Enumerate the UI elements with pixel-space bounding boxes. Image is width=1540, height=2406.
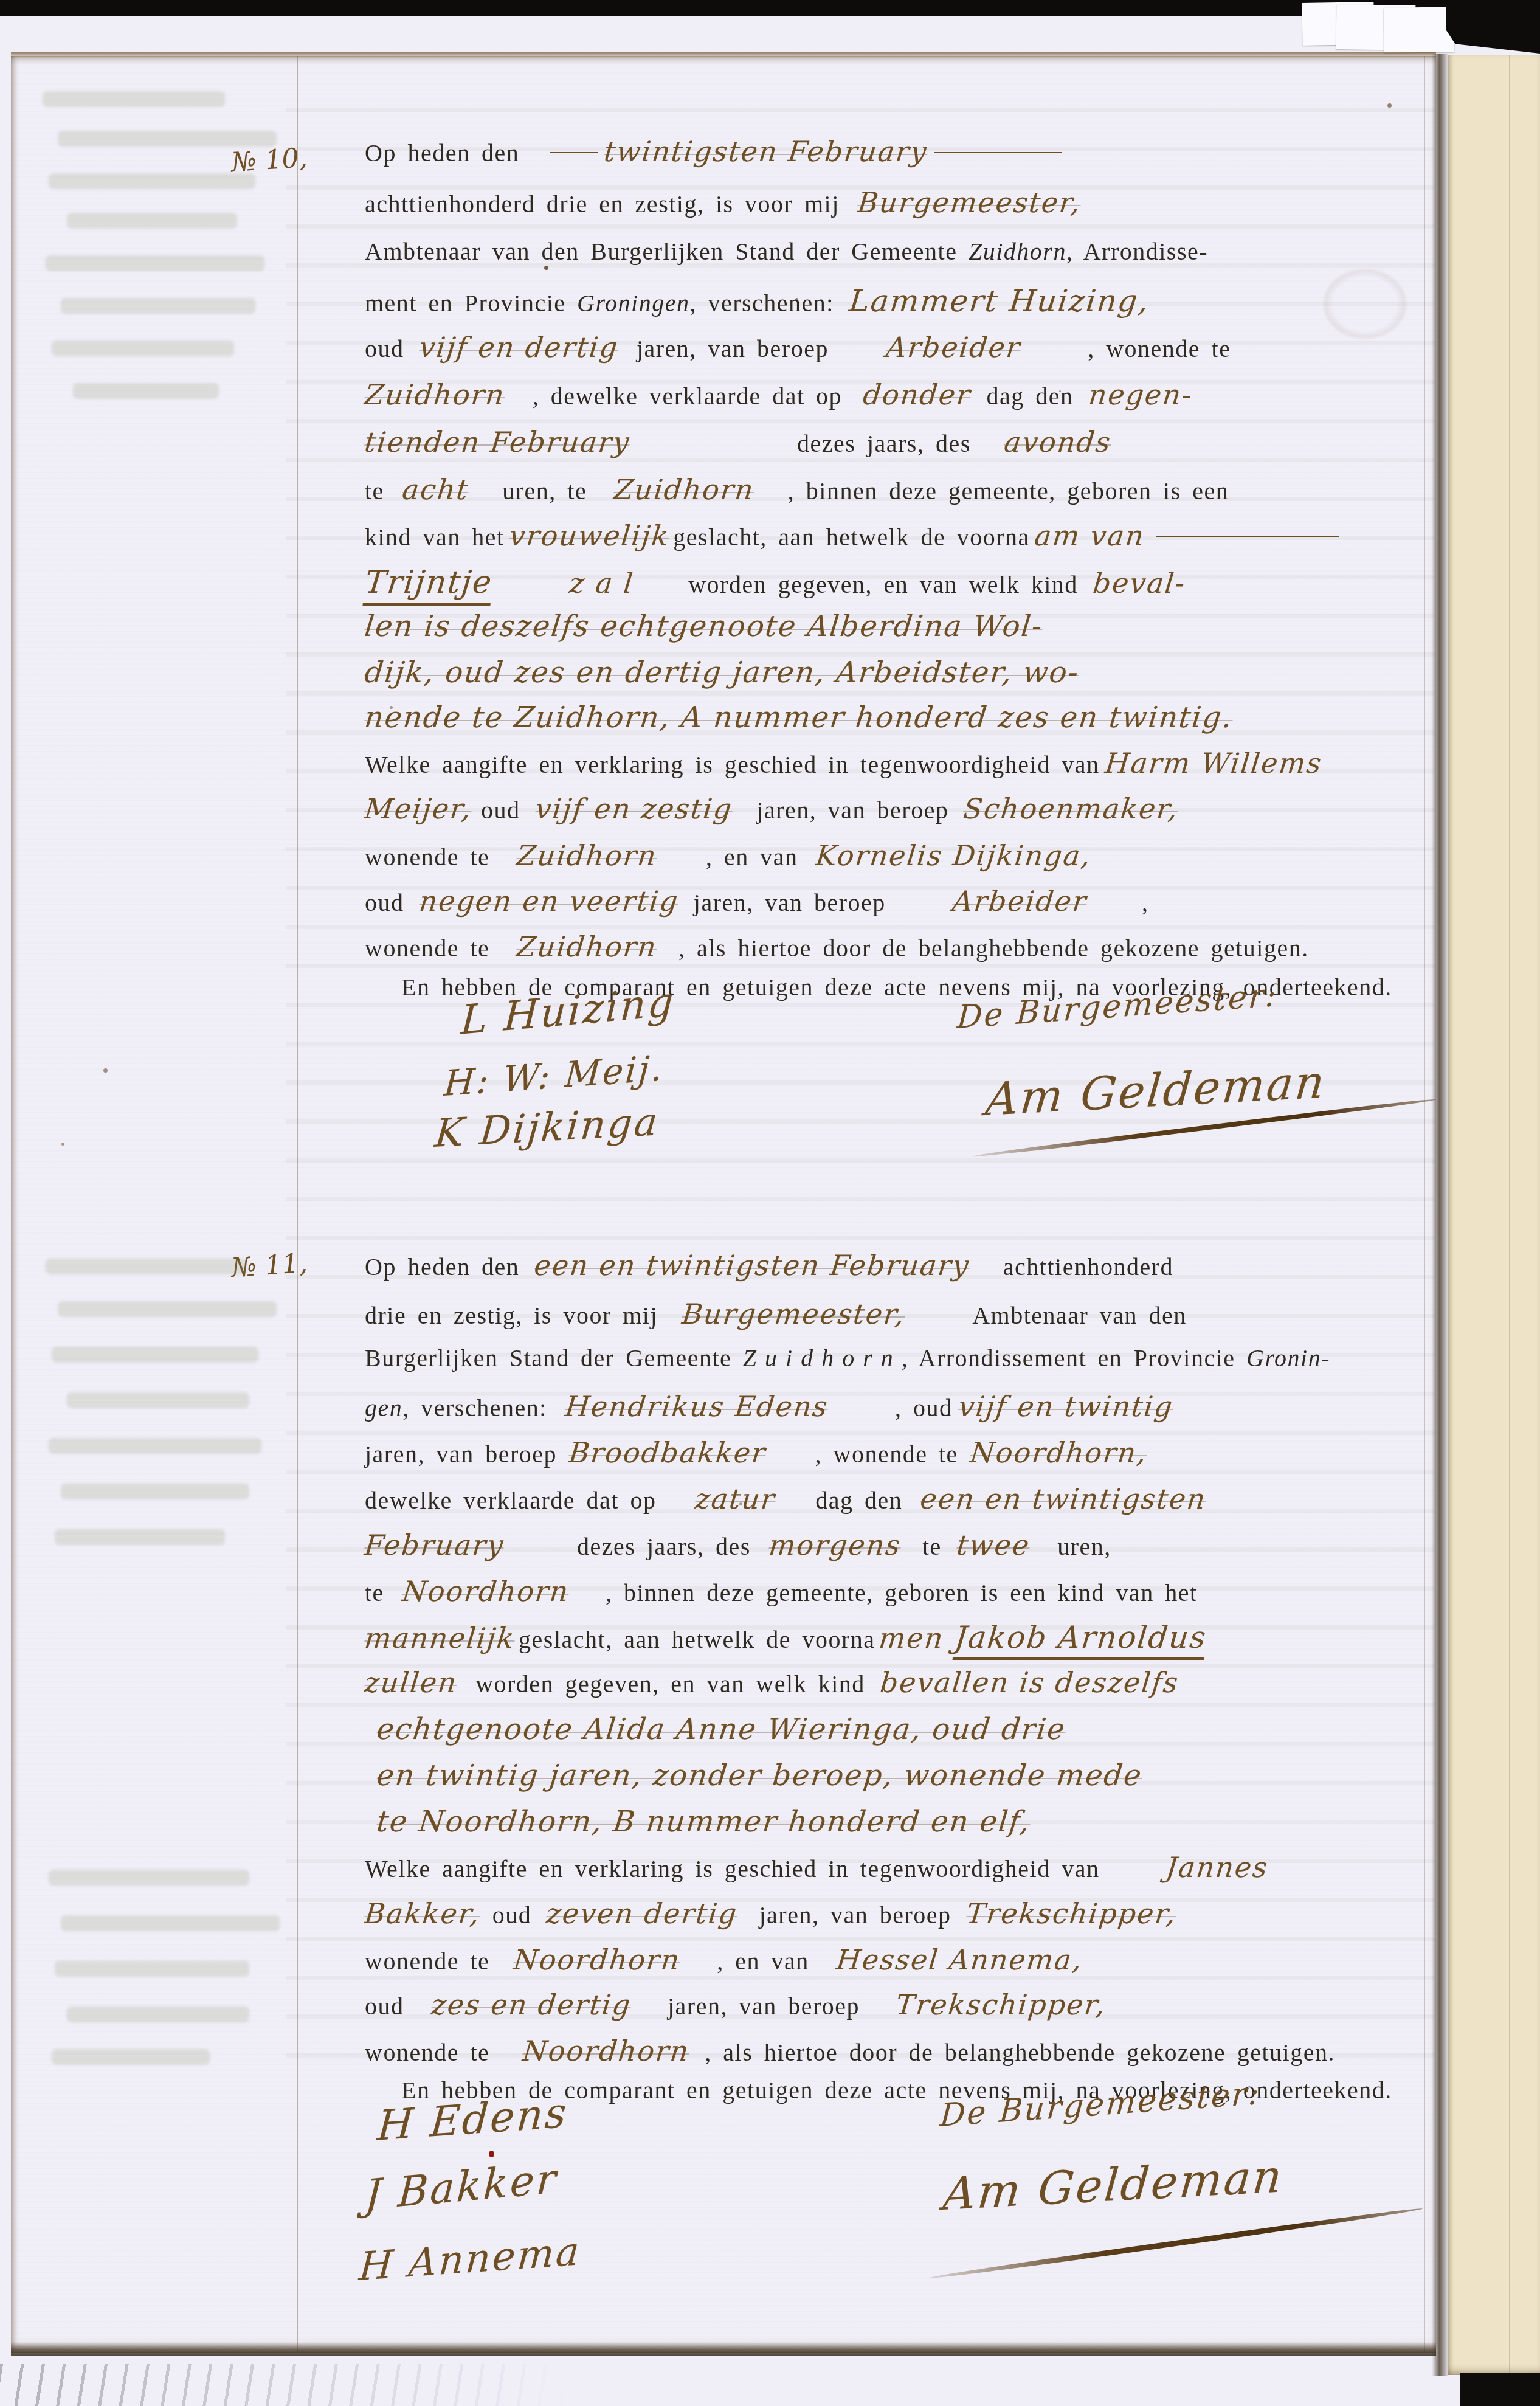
printed-text: wonende te	[365, 1948, 489, 1975]
handwritten-text: Burgemeester,	[680, 1298, 907, 1330]
printed-text: , als hiertoe door de belanghebbende gek…	[678, 935, 1309, 962]
handwritten-text: twee	[955, 1529, 1032, 1561]
printed-text: wonende te	[365, 2039, 489, 2066]
bleed-through-smudge	[67, 2007, 249, 2022]
handwritten-text: zeven dertig	[545, 1897, 739, 1930]
page-top-edge	[11, 52, 1436, 58]
page-fold-line	[1424, 56, 1425, 2353]
printed-text: Op heden den	[365, 1253, 519, 1281]
printed-text: oud	[492, 1901, 532, 1929]
bleed-through-smudge	[52, 341, 234, 356]
handwritten-text: te Noordhorn, B nummer honderd en elf,	[375, 1805, 1032, 1839]
printed-text: jaren, van beroep	[759, 1901, 951, 1929]
printed-text: te	[365, 477, 384, 505]
printed-text: Ambtenaar van den	[972, 1302, 1187, 1329]
acte-line: Welke aangifte en verklaring is geschied…	[365, 1851, 1268, 1884]
bleed-through-smudge	[58, 131, 277, 147]
printed-text: geslacht, aan hetwelk de voorna	[673, 524, 1030, 551]
handwritten-text: vijf en zestig	[534, 792, 734, 825]
bleed-through-smudge	[73, 383, 219, 399]
printed-text: Op heden den	[365, 139, 519, 167]
printed-text: uren, te	[502, 477, 587, 505]
red-ink-dot	[489, 2151, 494, 2157]
printed-text: wonende te	[365, 935, 489, 962]
acte-line: Trijntjez a lworden gegeven, en van welk…	[365, 564, 1186, 606]
handwritten-text: Zuidhorn	[515, 930, 658, 963]
printed-text: dag den	[987, 382, 1074, 410]
bleed-through-smudge	[55, 1529, 225, 1545]
bleed-through-smudge	[52, 2049, 210, 2065]
printed-text: dewelke verklaarde dat op	[365, 1487, 656, 1514]
printed-text: , oud	[895, 1394, 953, 1422]
acte-line: jaren, van beroepBroodbakker, wonende te…	[365, 1436, 1147, 1469]
handwritten-text: Burgemeester,	[856, 186, 1083, 219]
handwritten-text: Zuidhorn	[363, 378, 506, 411]
handwritten-text: twintigsten February	[603, 135, 929, 168]
margin-column-rule	[297, 56, 298, 2353]
handwritten-text: z a l	[568, 567, 635, 600]
printed-text: kind van het	[365, 524, 505, 551]
printed-text: ment en Provincie	[365, 289, 577, 317]
handwritten-text: acht	[401, 473, 471, 506]
printed-text: te	[365, 1579, 384, 1606]
printed-text: te	[922, 1533, 942, 1560]
acte-line: drie en zestig, is voor mijBurgemeester,…	[365, 1298, 1187, 1330]
bleed-through-smudge	[46, 255, 264, 271]
bleed-through-smudge	[67, 213, 237, 229]
printed-text: jaren, van beroep	[637, 335, 829, 362]
printed-text: , als hiertoe door de belanghebbende gek…	[705, 2039, 1335, 2066]
acte-line: dewelke verklaarde dat opzaturdag deneen…	[365, 1482, 1206, 1515]
book-gutter-shadow	[1432, 54, 1448, 2376]
printed-text: oud	[481, 797, 520, 824]
printed-text: worden gegeven, en van welk kind	[688, 571, 1078, 598]
handwritten-text: morgens	[767, 1529, 903, 1561]
bleed-through-smudge	[61, 298, 255, 314]
acte-line: gen, verschenen:Hendrikus Edens, oudvijf…	[365, 1390, 1173, 1423]
printed-text: jaren, van beroep	[668, 1993, 860, 2020]
printed-text: , en van	[706, 843, 798, 871]
acte-line: wonende teZuidhorn, en vanKornelis Dijki…	[365, 839, 1091, 872]
handwritten-text: February	[363, 1529, 506, 1561]
printed-text: Zuidhorn	[969, 238, 1066, 265]
printed-text: , en van	[717, 1948, 809, 1975]
bleed-through-smudge	[61, 1484, 249, 1499]
acte-line: teachturen, teZuidhorn, binnen deze geme…	[365, 473, 1229, 506]
scanner-bottom-right-black	[1460, 2373, 1540, 2406]
printed-text: Welke aangifte en verklaring is geschied…	[365, 1855, 1099, 1882]
printed-text: Gronin-	[1246, 1344, 1330, 1372]
printed-text: drie en zestig, is voor mij	[365, 1302, 658, 1329]
acte-line: Op heden dentwintigsten February	[365, 135, 1062, 168]
printed-text: Ambtenaar van den Burgerlijken Stand der…	[365, 238, 969, 265]
blank-fill-dash	[934, 137, 1062, 161]
bleed-through-smudge	[67, 1392, 249, 1408]
handwritten-text: Jakob Arnoldus	[953, 1620, 1209, 1660]
printed-text: , verschenen:	[402, 1394, 547, 1422]
handwritten-text: zes en dertig	[430, 1988, 633, 2021]
embossed-seal-imprint	[1307, 255, 1423, 353]
handwritten-text: Trekschipper,	[965, 1897, 1178, 1930]
handwritten-text: beval-	[1091, 567, 1187, 600]
blank-fill-dash	[550, 137, 598, 161]
handwritten-text: Jannes	[1165, 1851, 1271, 1884]
handwritten-text: een en twintigsten	[919, 1482, 1208, 1515]
bleed-through-smudge	[49, 1438, 261, 1454]
printed-text: jaren, van beroep	[694, 889, 886, 916]
acte-line: tienden Februarydezes jaars, desavonds	[365, 426, 1111, 458]
printed-text: , binnen deze gemeente, geboren is een k…	[606, 1579, 1198, 1606]
handwritten-text: mannelijk	[363, 1622, 517, 1654]
acte-line: Ambtenaar van den Burgerlijken Stand der…	[365, 237, 1208, 266]
printed-text: Zuidhorn	[743, 1344, 902, 1372]
acte-line: wonende teZuidhorn, als hiertoe door de …	[365, 930, 1309, 963]
scanned-register-page: № 10,Op heden dentwintigsten Februaryach…	[0, 0, 1540, 2406]
blank-fill-dash	[1156, 521, 1339, 545]
bleed-through-smudge	[55, 1961, 249, 1977]
ink-specks	[544, 266, 548, 270]
bleed-through-smudge	[49, 173, 255, 189]
handwritten-text: Zuidhorn	[612, 473, 756, 506]
handwritten-text: donder	[862, 378, 973, 411]
page-bottom-edge	[11, 2342, 1436, 2356]
printed-text: wonende te	[365, 843, 489, 871]
handwritten-text: Arbeider	[951, 885, 1089, 918]
handwritten-text: zatur	[694, 1482, 778, 1515]
handwritten-text: Noordhorn,	[969, 1436, 1148, 1469]
printed-text: oud	[365, 335, 404, 362]
acte-line: achttienhonderd drie en zestig, is voor …	[365, 186, 1081, 219]
printed-text: dezes jaars, des	[577, 1533, 751, 1560]
acte-line: oudzes en dertigjaren, van beroepTreksch…	[365, 1988, 1106, 2021]
handwritten-text: echtgenoote Alida Anne Wieringa, oud dri…	[375, 1712, 1068, 1746]
printed-text: , Arrondissement en Provincie	[902, 1344, 1246, 1372]
handwritten-text: Bakker,	[363, 1897, 482, 1930]
acte-line: len is deszelfs echtgenoote Alberdina Wo…	[365, 609, 1043, 643]
bleed-through-smudge	[49, 1870, 249, 1886]
handwritten-text: nende te Zuidhorn, A nummer honderd zes …	[363, 700, 1235, 735]
handwritten-text: Noordhorn	[512, 1943, 682, 1976]
handwritten-text: vijf en dertig	[418, 331, 620, 364]
handwritten-text: avonds	[1003, 426, 1113, 458]
blank-fill-dash	[639, 427, 779, 452]
printed-text: , dewelke verklaarde dat op	[533, 382, 842, 410]
acte-line: Februarydezes jaars, desmorgenstetweeure…	[365, 1529, 1111, 1561]
printed-text: Burgerlijken Stand der Gemeente	[365, 1344, 743, 1372]
handwritten-text: dijk, oud zes en dertig jaren, Arbeidste…	[363, 655, 1081, 690]
handwritten-text: len is deszelfs echtgenoote Alberdina Wo…	[363, 609, 1045, 643]
acte-line: mannelijkgeslacht, aan hetwelk de voorna…	[365, 1620, 1206, 1660]
handwritten-text: Arbeider	[885, 331, 1023, 364]
handwritten-text: Meijer,	[363, 792, 474, 825]
paper-stack-corner	[1383, 7, 1454, 53]
handwritten-text: Noordhorn	[521, 2034, 691, 2067]
printed-text: , wonende te	[815, 1440, 958, 1468]
acte-line: dijk, oud zes en dertig jaren, Arbeidste…	[365, 655, 1079, 690]
handwritten-text: en twintig jaren, zonder beroep, wonende…	[375, 1758, 1144, 1792]
printed-text: achttienhonderd drie en zestig, is voor …	[365, 190, 840, 218]
handwritten-text: een en twintigsten February	[533, 1249, 971, 1282]
handwritten-text: Kornelis Dijkinga,	[815, 839, 1094, 872]
handwritten-text: am van	[1033, 519, 1146, 552]
handwritten-text: Hendrikus Edens	[564, 1390, 830, 1423]
acte-line: nende te Zuidhorn, A nummer honderd zes …	[365, 700, 1233, 735]
printed-text: ,	[1142, 889, 1149, 916]
bleed-through-smudge	[46, 1259, 246, 1274]
printed-text: dag den	[815, 1487, 902, 1514]
printed-text: oud	[365, 1993, 404, 2020]
handwritten-text: Trijntje	[362, 564, 494, 606]
bleed-through-smudge	[43, 91, 225, 107]
acte-line: Bakker,oudzeven dertigjaren, van beroepT…	[365, 1897, 1176, 1930]
handwritten-text: bevallen is deszelfs	[879, 1666, 1181, 1699]
printed-text: jaren, van beroep	[756, 797, 948, 824]
printed-text: geslacht, aan hetwelk de voorna	[519, 1626, 875, 1653]
acte-line: wonende teNoordhorn, als hiertoe door de…	[365, 2034, 1335, 2067]
handwritten-text: zullen	[363, 1666, 459, 1699]
bleed-through-smudge	[58, 1301, 277, 1317]
handwritten-text: Schoenmaker,	[962, 792, 1181, 825]
handwritten-text: tienden February	[363, 426, 632, 458]
acte-line: kind van hetvrouwelijkgeslacht, aan hetw…	[365, 519, 1339, 552]
handwritten-text: Broodbakker	[567, 1436, 768, 1469]
acte-line: echtgenoote Alida Anne Wieringa, oud dri…	[377, 1712, 1066, 1746]
printed-text: Welke aangifte en verklaring is geschied…	[365, 751, 1099, 778]
handwritten-text: Noordhorn	[401, 1575, 571, 1608]
printed-text: , verschenen:	[689, 289, 834, 317]
printed-text: jaren, van beroep	[365, 1440, 557, 1468]
acte-line: te Noordhorn, B nummer honderd en elf,	[377, 1805, 1031, 1839]
handwritten-text: Lammert Huizing,	[848, 283, 1152, 319]
handwritten-text: vijf en twintig	[957, 1390, 1175, 1423]
printed-text: gen	[365, 1394, 402, 1422]
bleed-through-smudge	[61, 1915, 280, 1931]
printed-text: achttienhonderd	[1003, 1253, 1173, 1281]
acte-line: Welke aangifte en verklaring is geschied…	[365, 747, 1322, 780]
printed-text: , Arrondisse-	[1066, 238, 1208, 265]
next-page-fold-line	[1509, 55, 1510, 2375]
acte-line: teNoordhorn, binnen deze gemeente, gebor…	[365, 1575, 1198, 1608]
scanner-bottom-streaks	[0, 2364, 596, 2406]
handwritten-text: negen en veertig	[418, 885, 680, 918]
acte-line: Burgerlijken Stand der Gemeente Zuidhorn…	[365, 1344, 1330, 1372]
handwritten-text: Trekschipper,	[894, 1988, 1108, 2021]
printed-text: uren,	[1057, 1533, 1111, 1560]
printed-text: , wonende te	[1088, 335, 1231, 362]
printed-text: , binnen deze gemeente, geboren is een	[788, 477, 1229, 505]
handwritten-text: negen-	[1087, 378, 1194, 411]
acte-line: Zuidhorn, dewelke verklaarde dat opdonde…	[365, 378, 1192, 411]
printed-text: worden gegeven, en van welk kind	[475, 1670, 865, 1698]
handwritten-text: Hessel Annema,	[835, 1943, 1084, 1976]
printed-text: Groningen	[577, 289, 689, 317]
acte-line: ment en Provincie Groningen, verschenen:…	[365, 283, 1149, 319]
acte-line: zullenworden gegeven, en van welk kindbe…	[365, 1666, 1179, 1699]
acte-line: wonende teNoordhorn, en vanHessel Annema…	[365, 1943, 1082, 1976]
printed-text: oud	[365, 889, 404, 916]
handwritten-text: Zuidhorn	[515, 839, 658, 872]
printed-text: dezes jaars, des	[797, 430, 971, 457]
handwritten-text: vrouwelijk	[508, 519, 671, 552]
handwritten-text: Harm Willems	[1104, 747, 1325, 780]
acte-line: oudnegen en veertigjaren, van beroepArbe…	[365, 885, 1149, 918]
blank-fill-dash	[500, 569, 542, 593]
acte-line: Meijer,oudvijf en zestigjaren, van beroe…	[365, 792, 1179, 825]
bleed-through-smudge	[52, 1347, 258, 1363]
handwritten-text: men	[877, 1622, 945, 1654]
acte-line: Op heden deneen en twintigsten Februarya…	[365, 1249, 1173, 1282]
acte-line: oudvijf en dertigjaren, van beroepArbeid…	[365, 331, 1231, 364]
next-page-edge	[1448, 55, 1540, 2375]
acte-line: en twintig jaren, zonder beroep, wonende…	[377, 1758, 1142, 1792]
